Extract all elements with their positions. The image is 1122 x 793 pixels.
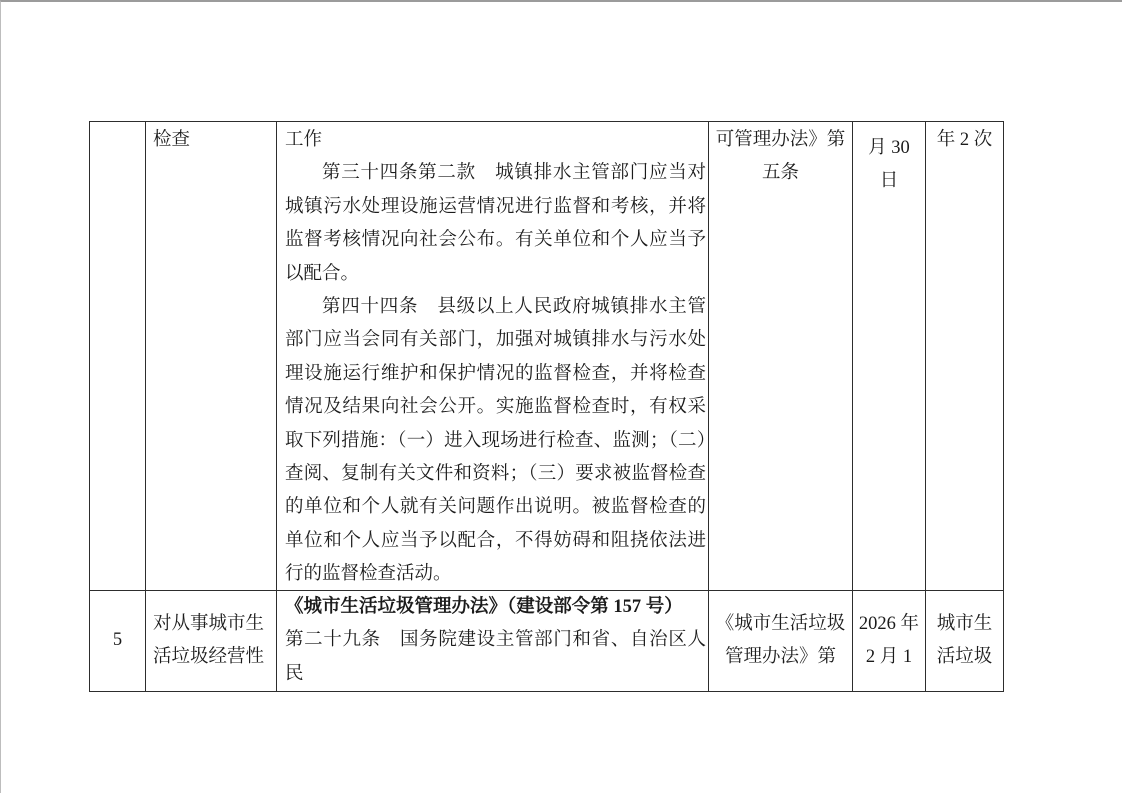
document-page: 检查 工作 第三十四条第二款 城镇排水主管部门应当对城镇污水处理设施运营情况进行… bbox=[0, 0, 1122, 793]
content-paragraph: 工作 bbox=[285, 124, 706, 157]
cell-deadline: 2026 年 2 月 1 bbox=[853, 591, 926, 692]
table-row-continuation: 检查 工作 第三十四条第二款 城镇排水主管部门应当对城镇污水处理设施运营情况进行… bbox=[90, 122, 1004, 591]
cell-legal-basis: 可管理办法》第五条 bbox=[709, 122, 853, 591]
cell-legal-content: 工作 第三十四条第二款 城镇排水主管部门应当对城镇污水处理设施运营情况进行监督和… bbox=[277, 122, 709, 591]
cell-inspection-item: 对从事城市生活垃圾经营性 bbox=[146, 591, 277, 692]
cell-frequency: 城市生活垃圾 bbox=[926, 591, 1004, 692]
cell-legal-basis: 《城市生活垃圾管理办法》第 bbox=[709, 591, 853, 692]
cell-legal-content: 《城市生活垃圾管理办法》（建设部令第 157 号） 第二十九条 国务院建设主管部… bbox=[277, 591, 709, 692]
legal-basis-text: 《城市生活垃圾管理办法》第 bbox=[716, 614, 846, 667]
frequency-text: 年 2 次 bbox=[937, 130, 993, 150]
frequency-text: 城市生活垃圾 bbox=[937, 614, 993, 667]
legal-content-text: 工作 第三十四条第二款 城镇排水主管部门应当对城镇污水处理设施运营情况进行监督和… bbox=[285, 124, 706, 588]
legal-basis-text: 可管理办法》第五条 bbox=[716, 130, 846, 183]
content-paragraph: 第三十四条第二款 城镇排水主管部门应当对城镇污水处理设施运营情况进行监督和考核，… bbox=[285, 157, 706, 291]
deadline-text: 月 30 日 bbox=[868, 138, 910, 191]
inspection-item-text: 对从事城市生活垃圾经营性 bbox=[153, 614, 264, 667]
deadline-text: 2026 年 2 月 1 bbox=[859, 614, 919, 667]
cell-row-number: 5 bbox=[90, 591, 146, 692]
content-paragraph: 第二十九条 国务院建设主管部门和省、自治区人民 bbox=[285, 624, 706, 691]
inspection-item-text: 检查 bbox=[153, 130, 190, 150]
table-row-5: 5 对从事城市生活垃圾经营性 《城市生活垃圾管理办法》（建设部令第 157 号）… bbox=[90, 591, 1004, 692]
content-paragraph: 第四十四条 县级以上人民政府城镇排水主管部门应当会同有关部门，加强对城镇排水与污… bbox=[285, 291, 706, 588]
row-number-text: 5 bbox=[113, 630, 122, 650]
cell-inspection-item: 检查 bbox=[146, 122, 277, 591]
cell-row-number-empty bbox=[90, 122, 146, 591]
cell-deadline: 月 30 日 bbox=[853, 122, 926, 591]
content-title: 《城市生活垃圾管理办法》（建设部令第 157 号） bbox=[285, 591, 706, 624]
regulation-table: 检查 工作 第三十四条第二款 城镇排水主管部门应当对城镇污水处理设施运营情况进行… bbox=[89, 121, 1004, 692]
cell-frequency: 年 2 次 bbox=[926, 122, 1004, 591]
